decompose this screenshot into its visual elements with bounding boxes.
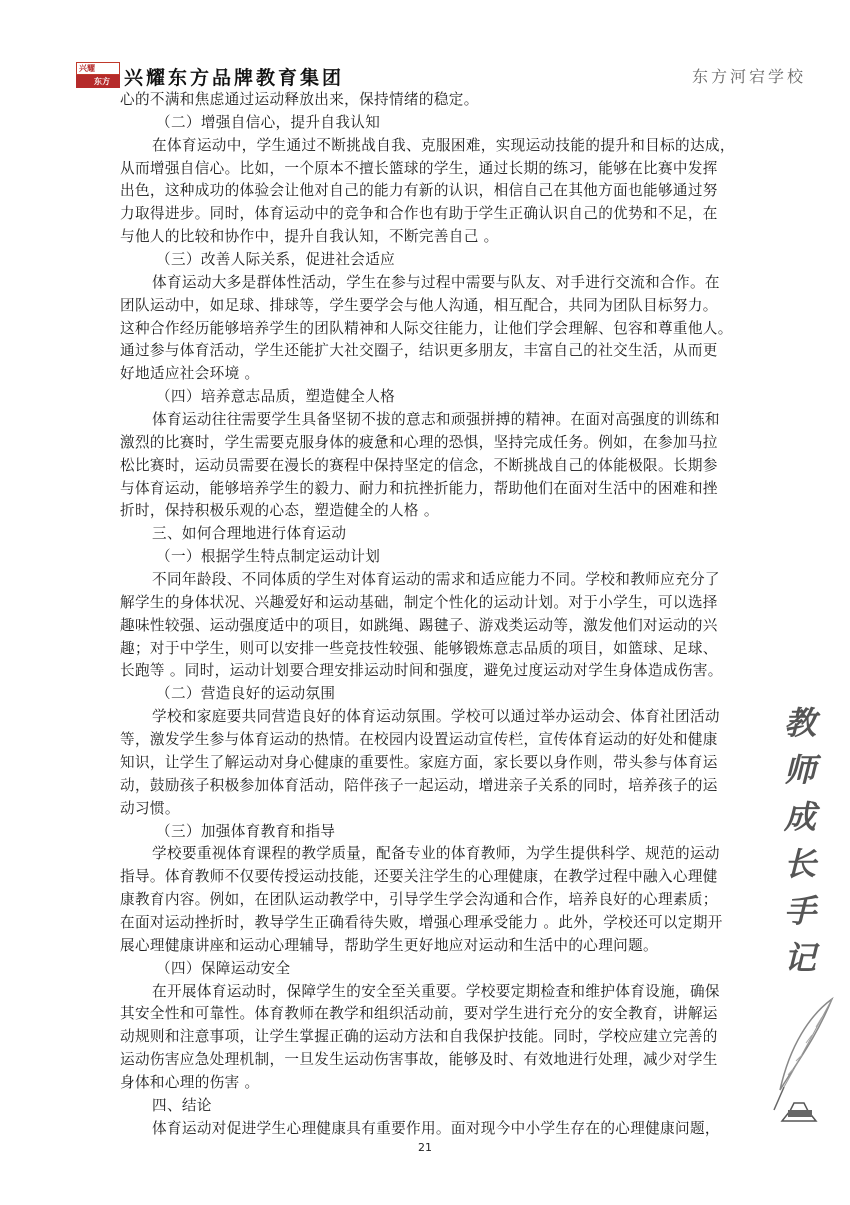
text-line: 折时，保持积极乐观的心态，塑造健全的人格 。 <box>120 500 730 523</box>
logo-top-text: 兴耀 <box>79 63 95 74</box>
text-line: 这种合作经历能够培养学生的团队精神和人际交往能力，让他们学会理解、包容和尊重他人… <box>120 318 730 341</box>
brand-logo-icon: 兴耀 东方 <box>76 62 120 88</box>
text-line: 在开展体育运动时，保障学生的安全至关重要。学校要定期检查和维护体育设施，确保 <box>120 981 730 1004</box>
side-title-char: 师 <box>775 747 825 794</box>
text-line: 展心理健康讲座和运动心理辅导，帮助学生更好地应对运动和生活中的心理问题。 <box>120 935 730 958</box>
text-line: 团队运动中，如足球、排球等，学生要学会与他人沟通，相互配合，共同为团队目标努力。 <box>120 295 730 318</box>
text-line: 在体育运动中，学生通过不断挑战自我、克服困难，实现运动技能的提升和目标的达成， <box>120 135 730 158</box>
text-line: 康教育内容。例如，在团队运动教学中，引导学生学会沟通和合作，培养良好的心理素质； <box>120 889 730 912</box>
text-line: 好地适应社会环境 。 <box>120 363 730 386</box>
page-number: 21 <box>0 1141 850 1154</box>
side-title-vertical: 教师成长手记 <box>775 700 825 982</box>
brand-title: 兴耀东方品牌教育集团 <box>124 63 344 90</box>
text-line: 其安全性和可靠性。体育教师在教学和组织活动前，要对学生进行充分的安全教育，讲解运 <box>120 1003 730 1026</box>
text-line: 三、如何合理地进行体育运动 <box>120 523 730 546</box>
section-heading: （三）改善人际关系，促进社会适应 <box>120 249 730 272</box>
side-title-char: 成 <box>775 794 825 841</box>
text-line: 力取得进步。同时，体育运动中的竞争和合作也有助于学生正确认识自己的优势和不足，在 <box>120 203 730 226</box>
section-heading: （四）培养意志品质，塑造健全人格 <box>120 386 730 409</box>
text-line: 知识，让学生了解运动对身心健康的重要性。家庭方面，家长要以身作则，带头参与体育运 <box>120 752 730 775</box>
section-heading: （一）根据学生特点制定运动计划 <box>120 546 730 569</box>
text-line: 长跑等 。同时，运动计划要合理安排运动时间和强度，避免过度运动对学生身体造成伤害… <box>120 660 730 683</box>
text-line: 激烈的比赛时，学生需要克服身体的疲惫和心理的恐惧，坚持完成任务。例如，在参加马拉 <box>120 432 730 455</box>
text-line: 学校和家庭要共同营造良好的体育运动氛围。学校可以通过举办运动会、体育社团活动 <box>120 706 730 729</box>
text-line: 趣味性较强、运动强度适中的项目，如跳绳、踢毽子、游戏类运动等，激发他们对运动的兴 <box>120 615 730 638</box>
text-line: 动习惯。 <box>120 798 730 821</box>
text-line: 在面对运动挫折时，教导学生正确看待失败，增强心理承受能力 。此外，学校还可以定期… <box>120 912 730 935</box>
section-heading: （二）增强自信心，提升自我认知 <box>120 112 730 135</box>
text-line: 趣；对于中学生，则可以安排一些竞技性较强、能够锻炼意志品质的项目，如篮球、足球、 <box>120 638 730 661</box>
text-line: 从而增强自信心。比如，一个原本不擅长篮球的学生，通过长期的练习，能够在比赛中发挥 <box>120 158 730 181</box>
section-heading: （二）营造良好的运动氛围 <box>120 683 730 706</box>
text-line: 四、结论 <box>120 1095 730 1118</box>
text-line: 通过参与体育活动，学生还能扩大社交圈子，结识更多朋友，丰富自己的社交生活，从而更 <box>120 340 730 363</box>
text-line: 出色，这种成功的体验会让他对自己的能力有新的认识，相信自己在其他方面也能够通过努 <box>120 180 730 203</box>
text-line: 身体和心理的伤害 。 <box>120 1072 730 1095</box>
side-title-char: 教 <box>775 700 825 747</box>
text-line: 与体育运动，能够培养学生的毅力、耐力和抗挫折能力，帮助他们在面对生活中的困难和挫 <box>120 478 730 501</box>
text-line: 体育运动大多是群体性活动，学生在参与过程中需要与队友、对手进行交流和合作。在 <box>120 272 730 295</box>
text-line: 解学生的身体状况、兴趣爱好和运动基础，制定个性化的运动计划。对于小学生，可以选择 <box>120 592 730 615</box>
school-name: 东方河宕学校 <box>692 64 806 87</box>
logo-bottom-text: 东方 <box>94 76 110 87</box>
section-heading: （四）保障运动安全 <box>120 958 730 981</box>
text-line: 等，激发学生参与体育运动的热情。在校园内设置运动宣传栏，宣传体育运动的好处和健康 <box>120 729 730 752</box>
text-line: 指导。体育教师不仅要传授运动技能，还要关注学生的心理健康，在教学过程中融入心理健 <box>120 866 730 889</box>
text-line: 动规则和注意事项，让学生掌握正确的运动方法和自我保护技能。同时，学校应建立完善的 <box>120 1026 730 1049</box>
document-body: 心的不满和焦虑通过运动释放出来，保持情绪的稳定。（二）增强自信心，提升自我认知在… <box>120 89 730 1141</box>
side-title-char: 长 <box>775 841 825 888</box>
text-line: 心的不满和焦虑通过运动释放出来，保持情绪的稳定。 <box>120 89 730 112</box>
text-line: 不同年龄段、不同体质的学生对体育运动的需求和适应能力不同。学校和教师应充分了 <box>120 569 730 592</box>
text-line: 学校要重视体育课程的教学质量，配备专业的体育教师，为学生提供科学、规范的运动 <box>120 843 730 866</box>
section-heading: （三）加强体育教育和指导 <box>120 821 730 844</box>
text-line: 体育运动对促进学生心理健康具有重要作用。面对现今中小学生存在的心理健康问题， <box>120 1118 730 1141</box>
text-line: 与他人的比较和协作中，提升自我认知，不断完善自己 。 <box>120 226 730 249</box>
side-title-char: 记 <box>775 935 825 982</box>
quill-inkwell-icon <box>760 995 840 1125</box>
text-line: 松比赛时，运动员需要在漫长的赛程中保持坚定的信念，不断挑战自己的体能极限。长期参 <box>120 455 730 478</box>
text-line: 运动伤害应急处理机制，一旦发生运动伤害事故，能够及时、有效地进行处理，减少对学生 <box>120 1049 730 1072</box>
page-header: 兴耀 东方 兴耀东方品牌教育集团 东方河宕学校 <box>0 0 850 95</box>
side-title-char: 手 <box>775 888 825 935</box>
text-line: 动，鼓励孩子积极参加体育活动，陪伴孩子一起运动，增进亲子关系的同时，培养孩子的运 <box>120 775 730 798</box>
text-line: 体育运动往往需要学生具备坚韧不拔的意志和顽强拼搏的精神。在面对高强度的训练和 <box>120 409 730 432</box>
